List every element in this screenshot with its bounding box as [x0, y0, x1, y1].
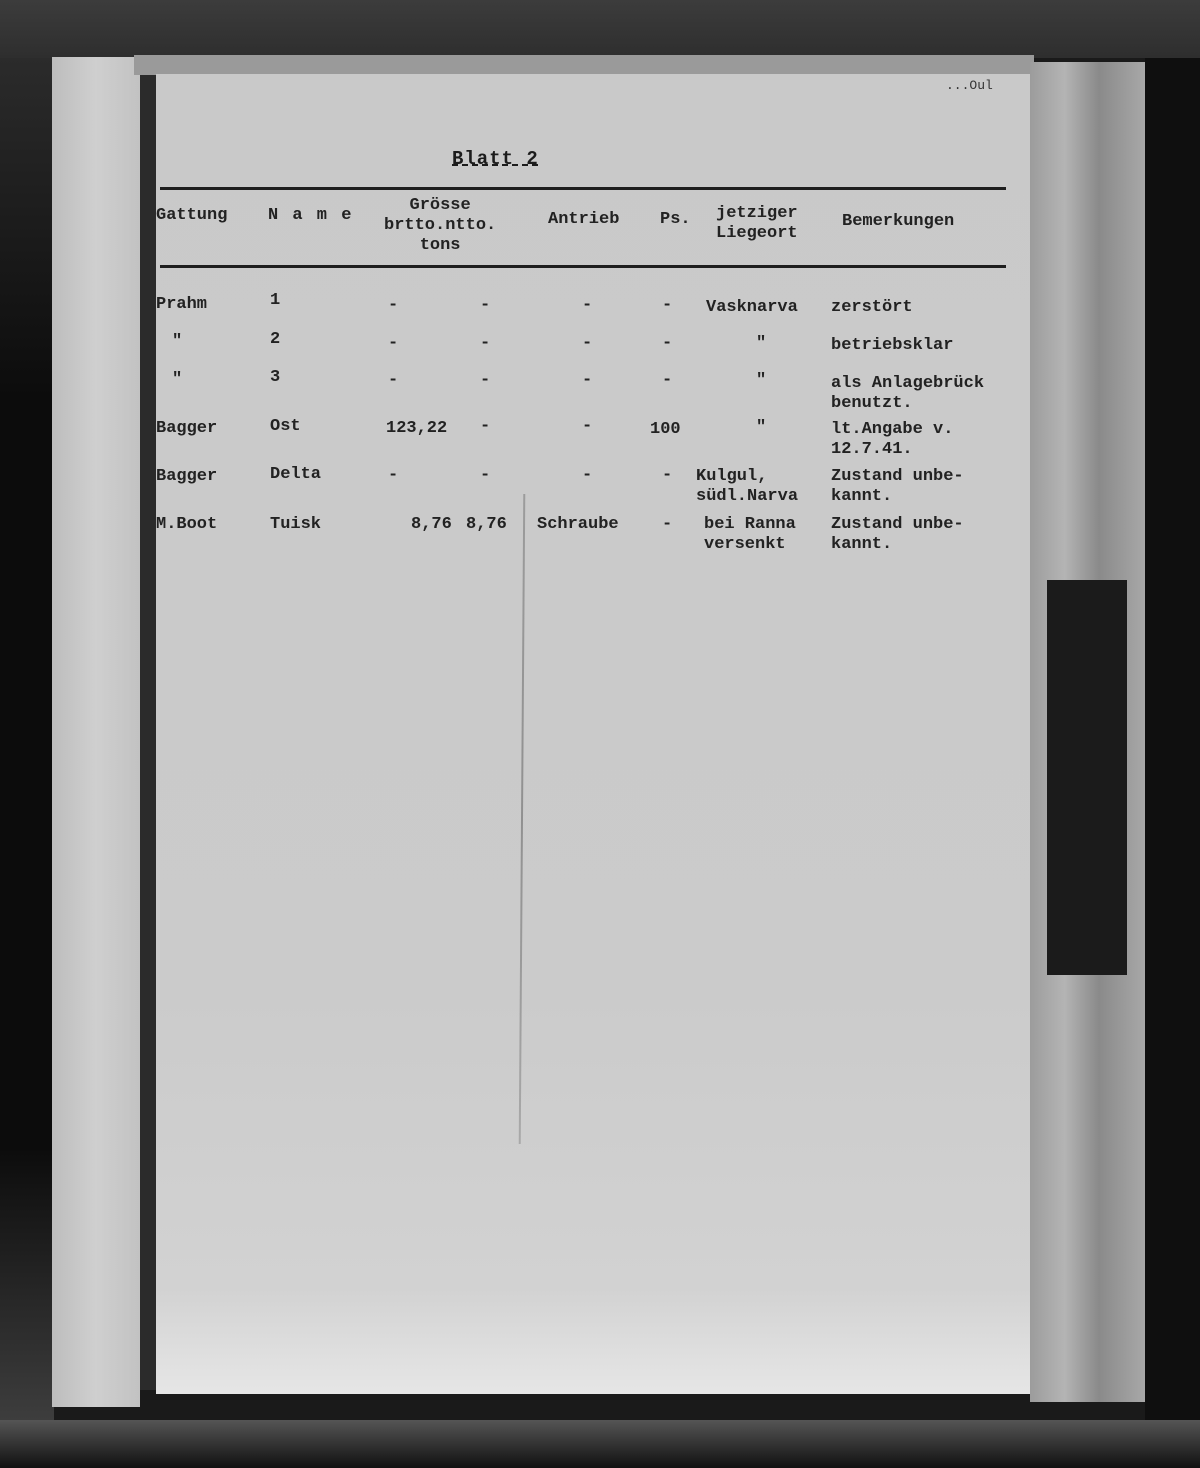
cell-antrieb: -: [582, 334, 592, 354]
cell-ps: -: [662, 515, 672, 535]
cell-gattung: Bagger: [156, 419, 217, 439]
cell-ps: -: [662, 466, 672, 486]
cell-netto: -: [480, 296, 490, 316]
cell-liegeort: ": [756, 418, 766, 438]
cell-liegeort: Kulgul, südl.Narva: [696, 467, 798, 507]
cell-ps: 100: [650, 420, 681, 440]
binder-tab: [1047, 580, 1127, 975]
header-liegeort: jetziger Liegeort: [716, 204, 798, 244]
cell-ps: -: [662, 296, 672, 316]
cell-gattung: M.Boot: [156, 515, 217, 535]
cell-name: Delta: [270, 465, 321, 485]
cell-netto: -: [480, 466, 490, 486]
cell-bemerkungen: betriebsklar: [831, 336, 953, 356]
film-border-left: [0, 58, 54, 1420]
cell-name: 2: [270, 330, 280, 350]
header-name: N a m e: [268, 206, 353, 226]
film-border-top: [0, 0, 1200, 58]
cell-bemerkungen: lt.Angabe v. 12.7.41.: [831, 420, 953, 460]
cell-brutto: 123,22: [386, 419, 447, 439]
cell-gattung: ": [172, 370, 182, 390]
cell-antrieb: -: [582, 466, 592, 486]
table-header-rule: [160, 265, 1006, 268]
cell-netto: -: [480, 334, 490, 354]
cell-antrieb: -: [582, 296, 592, 316]
cell-gattung: ": [172, 332, 182, 352]
cell-netto: 8,76: [466, 515, 507, 535]
header-bemerkungen: Bemerkungen: [842, 212, 954, 232]
cell-antrieb: Schraube: [537, 515, 619, 535]
cell-antrieb: -: [582, 417, 592, 437]
film-border-bottom: [0, 1420, 1200, 1468]
cell-brutto: -: [388, 334, 398, 354]
cell-liegeort: Vasknarva: [706, 298, 798, 318]
cell-antrieb: -: [582, 371, 592, 391]
cell-name: 1: [270, 291, 280, 311]
document-page: ...Oul Blatt 2 Gattung N a m e Grösse br…: [156, 74, 1030, 1394]
header-antrieb: Antrieb: [548, 210, 619, 230]
cell-bemerkungen: Zustand unbe- kannt.: [831, 515, 964, 555]
cell-bemerkungen: als Anlagebrück benutzt.: [831, 374, 984, 414]
table-top-rule: [160, 187, 1006, 190]
header-ps: Ps.: [660, 210, 691, 230]
cell-liegeort: ": [756, 334, 766, 354]
cell-brutto: -: [388, 371, 398, 391]
header-groesse: Grösse brtto.ntto. tons: [384, 196, 496, 256]
cell-ps: -: [662, 334, 672, 354]
cell-bemerkungen: Zustand unbe- kannt.: [831, 467, 964, 507]
pencil-mark: [519, 494, 526, 1144]
cell-netto: -: [480, 371, 490, 391]
cell-netto: -: [480, 417, 490, 437]
cell-liegeort: ": [756, 371, 766, 391]
sheet-title: Blatt 2: [452, 148, 539, 170]
cell-liegeort: bei Ranna versenkt: [704, 515, 796, 555]
header-gattung: Gattung: [156, 206, 227, 226]
cell-gattung: Bagger: [156, 467, 217, 487]
cell-gattung: Prahm: [156, 295, 207, 315]
film-border-right: [1145, 58, 1200, 1420]
cell-name: Tuisk: [270, 515, 321, 535]
cell-name: Ost: [270, 417, 301, 437]
cell-brutto: 8,76: [411, 515, 452, 535]
cell-ps: -: [662, 371, 672, 391]
corner-mark: ...Oul: [946, 78, 993, 93]
cell-name: 3: [270, 368, 280, 388]
cell-brutto: -: [388, 466, 398, 486]
cell-brutto: -: [388, 296, 398, 316]
binder-strip: [52, 57, 140, 1407]
page-edge: [134, 55, 1034, 75]
cell-bemerkungen: zerstört: [831, 298, 913, 318]
